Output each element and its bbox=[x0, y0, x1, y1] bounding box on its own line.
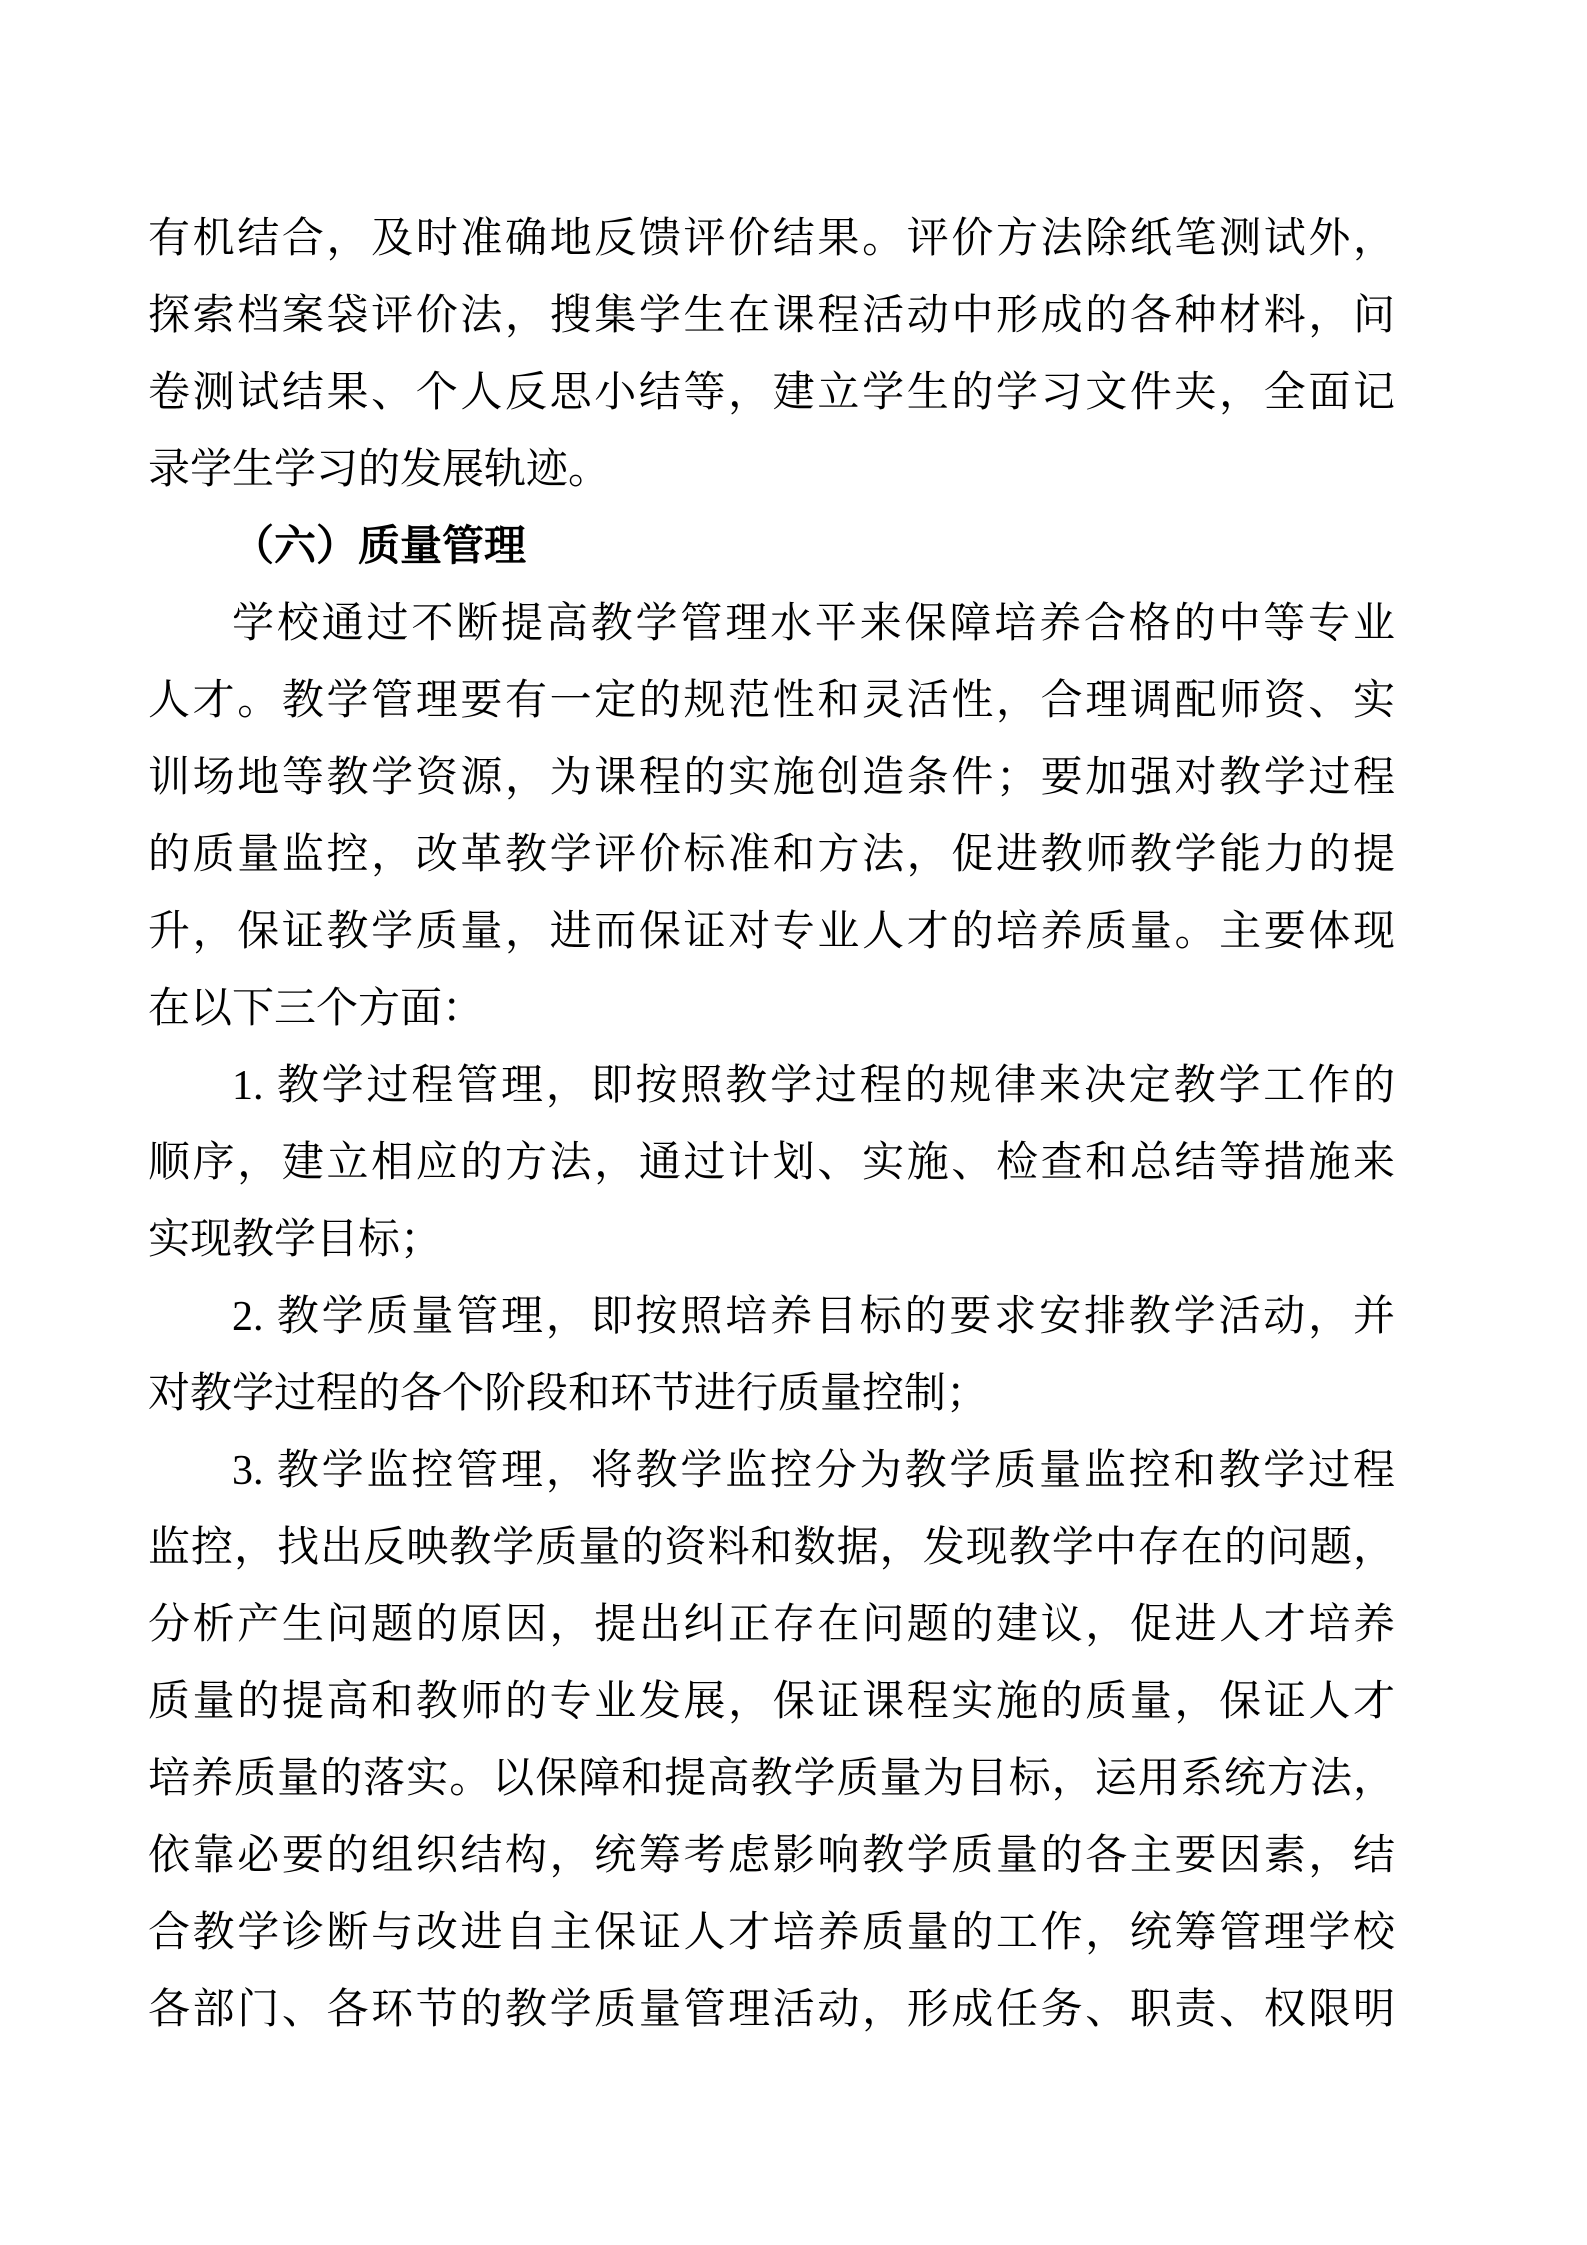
text-line: 质量的提高和教师的专业发展，保证课程实施的质量，保证人才 bbox=[148, 1664, 1395, 1741]
text-line: 顺序，建立相应的方法，通过计划、实施、检查和总结等措施来 bbox=[148, 1125, 1395, 1202]
text-line: 的质量监控，改革教学评价标准和方法，促进教师教学能力的提 bbox=[148, 817, 1395, 894]
text-line: 有机结合，及时准确地反馈评价结果。评价方法除纸笔测试外， bbox=[148, 201, 1395, 278]
text-line: 依靠必要的组织结构，统筹考虑影响教学质量的各主要因素，结 bbox=[148, 1818, 1395, 1895]
text-line: 实现教学目标； bbox=[148, 1202, 1395, 1279]
text-line-numbered-1: 1. 教学过程管理，即按照教学过程的规律来决定教学工作的 bbox=[148, 1048, 1395, 1125]
text-line: 培养质量的落实。以保障和提高教学质量为目标，运用系统方法， bbox=[148, 1741, 1395, 1818]
text-line: 探索档案袋评价法，搜集学生在课程活动中形成的各种材料，问 bbox=[148, 278, 1395, 355]
text-line-numbered-3: 3. 教学监控管理，将教学监控分为教学质量监控和教学过程 bbox=[148, 1433, 1395, 1510]
text-line: 各部门、各环节的教学质量管理活动，形成任务、职责、权限明 bbox=[148, 1972, 1395, 2049]
text-line: 训场地等教学资源，为课程的实施创造条件；要加强对教学过程 bbox=[148, 740, 1395, 817]
text-line: 在以下三个方面： bbox=[148, 971, 1395, 1048]
text-line: 人才。教学管理要有一定的规范性和灵活性，合理调配师资、实 bbox=[148, 663, 1395, 740]
text-line: 合教学诊断与改进自主保证人才培养质量的工作，统筹管理学校 bbox=[148, 1895, 1395, 1972]
text-line: 分析产生问题的原因，提出纠正存在问题的建议，促进人才培养 bbox=[148, 1587, 1395, 1664]
section-heading: （六）质量管理 bbox=[148, 509, 1395, 586]
text-line: 学校通过不断提高教学管理水平来保障培养合格的中等专业 bbox=[148, 586, 1395, 663]
text-line: 卷测试结果、个人反思小结等，建立学生的学习文件夹，全面记 bbox=[148, 355, 1395, 432]
document-page: 有机结合，及时准确地反馈评价结果。评价方法除纸笔测试外， 探索档案袋评价法，搜集… bbox=[0, 0, 1587, 2245]
text-line: 录学生学习的发展轨迹。 bbox=[148, 432, 1395, 509]
text-line: 监控，找出反映教学质量的资料和数据，发现教学中存在的问题， bbox=[148, 1510, 1395, 1587]
document-text-body: 有机结合，及时准确地反馈评价结果。评价方法除纸笔测试外， 探索档案袋评价法，搜集… bbox=[148, 201, 1395, 2049]
text-line: 对教学过程的各个阶段和环节进行质量控制； bbox=[148, 1356, 1395, 1433]
text-line-numbered-2: 2. 教学质量管理，即按照培养目标的要求安排教学活动，并 bbox=[148, 1279, 1395, 1356]
text-line: 升，保证教学质量，进而保证对专业人才的培养质量。主要体现 bbox=[148, 894, 1395, 971]
